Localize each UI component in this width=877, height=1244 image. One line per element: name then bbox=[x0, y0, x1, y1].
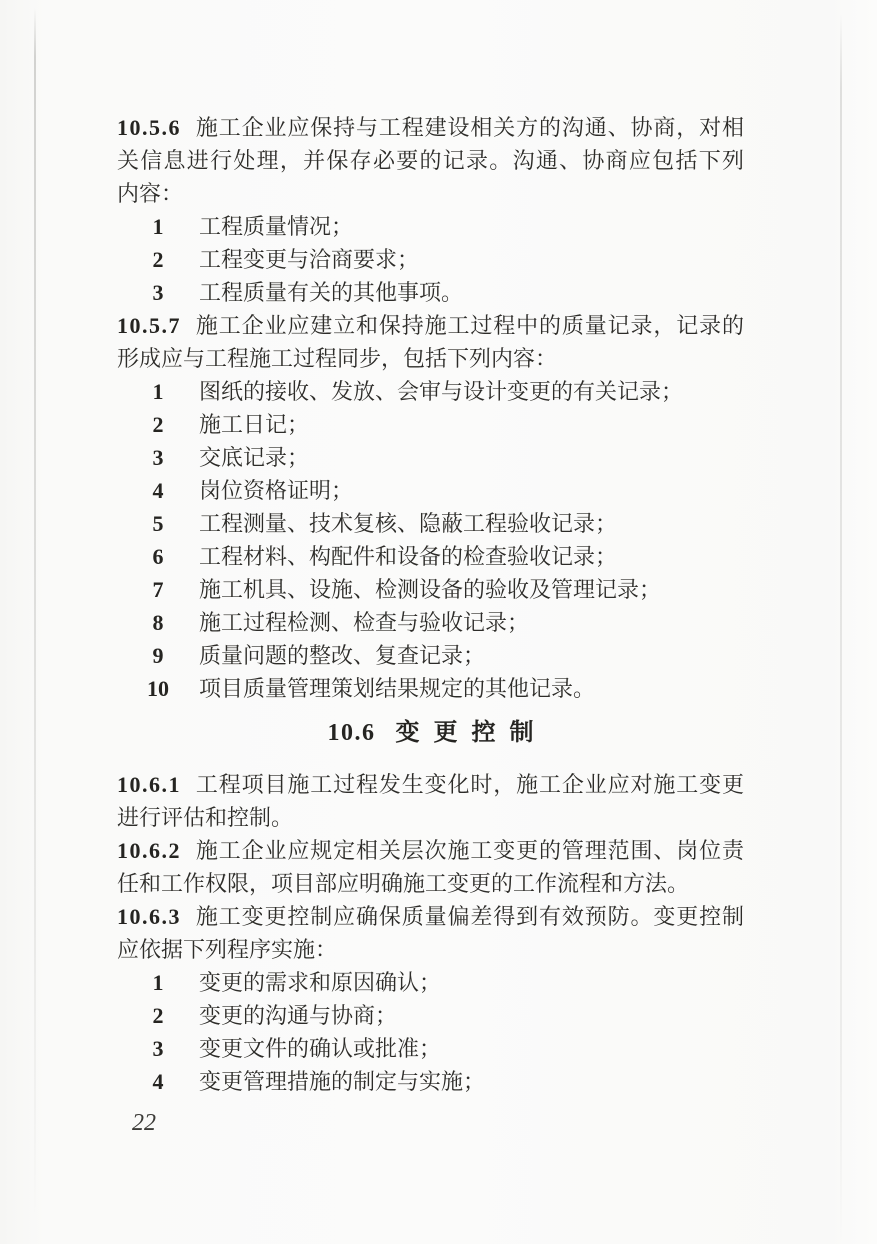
clause-line: 10.6.2施工企业应规定相关层次施工变更的管理范围、岗位责 bbox=[117, 834, 744, 867]
list-item-text: 工程测量、技术复核、隐蔽工程验收记录； bbox=[199, 511, 617, 536]
clause-text: 工程项目施工过程发生变化时，施工企业应对施工变更 bbox=[195, 772, 744, 797]
list-item-text: 项目质量管理策划结果规定的其他记录。 bbox=[199, 676, 595, 701]
list-item-number: 1 bbox=[117, 210, 199, 243]
list-item-number: 2 bbox=[117, 243, 199, 276]
list-item-number: 4 bbox=[117, 474, 199, 507]
list-item-number: 8 bbox=[117, 606, 199, 639]
list-item-text: 交底记录； bbox=[199, 445, 309, 470]
clause-text: 施工变更控制应确保质量偏差得到有效预防。变更控制 bbox=[195, 904, 744, 929]
list-item-number: 3 bbox=[117, 276, 199, 309]
list-item-text: 图纸的接收、发放、会审与设计变更的有关记录； bbox=[199, 379, 683, 404]
clause-number: 10.5.6 bbox=[117, 115, 181, 140]
clause-number: 10.6.2 bbox=[117, 838, 181, 863]
paragraph-continuation-line: 关信息进行处理，并保存必要的记录。沟通、协商应包括下列 bbox=[117, 144, 744, 177]
clause-line: 10.6.1工程项目施工过程发生变化时，施工企业应对施工变更 bbox=[117, 768, 744, 801]
list-item-number: 4 bbox=[117, 1065, 199, 1098]
list-item-line: 3变更文件的确认或批准； bbox=[117, 1032, 744, 1065]
list-item-line: 9质量问题的整改、复查记录； bbox=[117, 639, 744, 672]
list-item-line: 8施工过程检测、检查与验收记录； bbox=[117, 606, 744, 639]
list-item-text: 变更管理措施的制定与实施； bbox=[199, 1069, 485, 1094]
paragraph-continuation-line: 形成应与工程施工过程同步，包括下列内容： bbox=[117, 342, 744, 375]
paragraph-continuation-line: 内容： bbox=[117, 177, 744, 210]
section-heading-number: 10.6 bbox=[328, 720, 376, 746]
scan-artifact-left-line bbox=[34, 8, 36, 1218]
list-item-line: 2施工日记； bbox=[117, 408, 744, 441]
list-item-number: 6 bbox=[117, 540, 199, 573]
page-number: 22 bbox=[132, 1107, 156, 1140]
list-item-line: 3工程质量有关的其他事项。 bbox=[117, 276, 744, 309]
list-item-text: 施工机具、设施、检测设备的验收及管理记录； bbox=[199, 577, 661, 602]
list-item-number: 10 bbox=[117, 672, 199, 705]
list-item-text: 工程质量情况； bbox=[199, 214, 353, 239]
clause-text: 施工企业应保持与工程建设相关方的沟通、协商，对相 bbox=[195, 115, 744, 140]
list-item-line: 1变更的需求和原因确认； bbox=[117, 966, 744, 999]
list-item-line: 5工程测量、技术复核、隐蔽工程验收记录； bbox=[117, 507, 744, 540]
document-page: 10.5.6施工企业应保持与工程建设相关方的沟通、协商，对相关信息进行处理，并保… bbox=[0, 0, 877, 1244]
list-item-text: 变更的需求和原因确认； bbox=[199, 970, 441, 995]
clause-line: 10.6.3施工变更控制应确保质量偏差得到有效预防。变更控制 bbox=[117, 900, 744, 933]
section-heading-title: 变更控制 bbox=[396, 720, 548, 746]
list-item-text: 变更的沟通与协商； bbox=[199, 1003, 397, 1028]
paragraph-continuation-line: 任和工作权限，项目部应明确施工变更的工作流程和方法。 bbox=[117, 867, 744, 900]
list-item-text: 施工过程检测、检查与验收记录； bbox=[199, 610, 529, 635]
list-item-number: 9 bbox=[117, 639, 199, 672]
list-item-number: 2 bbox=[117, 999, 199, 1032]
list-item-number: 1 bbox=[117, 966, 199, 999]
list-item-line: 10项目质量管理策划结果规定的其他记录。 bbox=[117, 672, 744, 705]
clause-text: 施工企业应建立和保持施工过程中的质量记录，记录的 bbox=[195, 313, 744, 338]
list-item-text: 工程质量有关的其他事项。 bbox=[199, 280, 463, 305]
list-item-text: 工程变更与洽商要求； bbox=[199, 247, 419, 272]
list-item-number: 3 bbox=[117, 441, 199, 474]
list-item-line: 1图纸的接收、发放、会审与设计变更的有关记录； bbox=[117, 375, 744, 408]
list-item-number: 3 bbox=[117, 1032, 199, 1065]
list-item-line: 2工程变更与洽商要求； bbox=[117, 243, 744, 276]
list-item-text: 施工日记； bbox=[199, 412, 309, 437]
paragraph-continuation-line: 应依据下列程序实施： bbox=[117, 933, 744, 966]
paragraph-continuation-line: 进行评估和控制。 bbox=[117, 801, 744, 834]
list-item-text: 质量问题的整改、复查记录； bbox=[199, 643, 485, 668]
list-item-line: 3交底记录； bbox=[117, 441, 744, 474]
clause-number: 10.6.1 bbox=[117, 772, 181, 797]
clause-line: 10.5.6施工企业应保持与工程建设相关方的沟通、协商，对相 bbox=[117, 111, 744, 144]
section-heading: 10.6变更控制 bbox=[117, 717, 744, 750]
clause-text: 施工企业应规定相关层次施工变更的管理范围、岗位责 bbox=[195, 838, 744, 863]
list-item-line: 4变更管理措施的制定与实施； bbox=[117, 1065, 744, 1098]
list-item-text: 工程材料、构配件和设备的检查验收记录； bbox=[199, 544, 617, 569]
scan-artifact-right-line bbox=[840, 14, 842, 1244]
clause-number: 10.6.3 bbox=[117, 904, 181, 929]
list-item-number: 1 bbox=[117, 375, 199, 408]
list-item-line: 6工程材料、构配件和设备的检查验收记录； bbox=[117, 540, 744, 573]
list-item-line: 4岗位资格证明； bbox=[117, 474, 744, 507]
list-item-line: 2变更的沟通与协商； bbox=[117, 999, 744, 1032]
list-item-text: 岗位资格证明； bbox=[199, 478, 353, 503]
list-item-number: 7 bbox=[117, 573, 199, 606]
clause-number: 10.5.7 bbox=[117, 313, 181, 338]
list-item-line: 1工程质量情况； bbox=[117, 210, 744, 243]
list-item-line: 7施工机具、设施、检测设备的验收及管理记录； bbox=[117, 573, 744, 606]
list-item-number: 5 bbox=[117, 507, 199, 540]
text-content: 10.5.6施工企业应保持与工程建设相关方的沟通、协商，对相关信息进行处理，并保… bbox=[117, 111, 744, 1098]
clause-line: 10.5.7施工企业应建立和保持施工过程中的质量记录，记录的 bbox=[117, 309, 744, 342]
list-item-number: 2 bbox=[117, 408, 199, 441]
list-item-text: 变更文件的确认或批准； bbox=[199, 1036, 441, 1061]
